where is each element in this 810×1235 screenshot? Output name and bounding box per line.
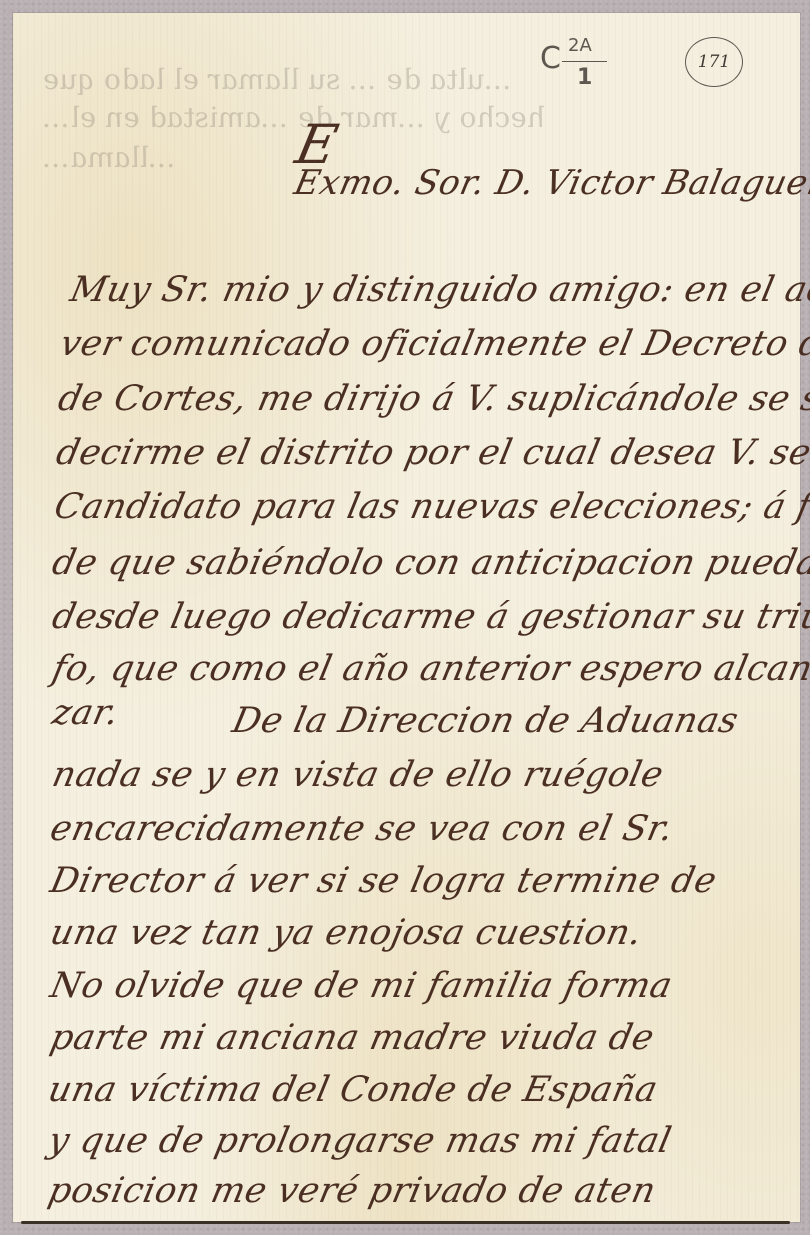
body-line: posicion me veré privado de aten [45,1171,660,1211]
body-line: Candidato para las nuevas elecciones; á … [51,487,810,527]
body-line: De la Direccion de Aduanas [229,701,742,741]
body-line: de Cortes, me dirijo á V. suplicándole s… [55,379,810,419]
bleed-through-line: …llama… [40,141,180,174]
body-line: desde luego dedicarme á gestionar su tri… [49,597,810,637]
body-line: Director á ver si se logra termine de [47,861,721,901]
body-line: decirme el distrito por el cual desea V.… [53,433,810,473]
bleed-through-line: …ulta de … su llamar el lado que [40,63,516,96]
body-line: de que sabiéndolo con anticipacion pueda [49,543,810,583]
body-line: encarecidamente se vea con el Sr. [47,809,677,849]
body-line: y que de prolongarse mas mi fatal [45,1121,675,1161]
bleed-through-line: hecho y …mar de …amistad en el… [40,101,548,134]
body-line: fo, que como el año anterior espero alca… [49,649,810,689]
folio-number-stamp: 171 [685,37,743,87]
body-line: parte mi anciana madre viuda de [47,1018,658,1058]
archive-code-denominator: 1 [577,65,592,90]
archive-code-numerator: 2A [568,35,592,56]
body-line: No olvide que de mi familia forma [47,966,676,1006]
letter-paper: …ulta de … su llamar el lado que hecho y… [13,13,800,1222]
folio-number: 171 [698,52,730,72]
archive-code-letter: C [540,41,561,76]
body-line: una vez tan ya enojosa cuestion. [47,913,646,953]
body-line: ver comunicado oficialmente el Decreto d… [57,324,810,364]
body-line: Muy Sr. mio y distinguido amigo: en el a… [67,270,810,310]
body-line: zar. [49,693,123,733]
addressee: Exmo. Sor. D. Victor Balaguer [291,163,810,203]
paper-bottom-edge [21,1221,790,1224]
body-line: nada se y en vista de ello ruégole [49,755,667,795]
fraction-bar [562,61,607,62]
archive-code: C 2A 1 [540,41,561,76]
body-line: una víctima del Conde de España [45,1070,662,1110]
